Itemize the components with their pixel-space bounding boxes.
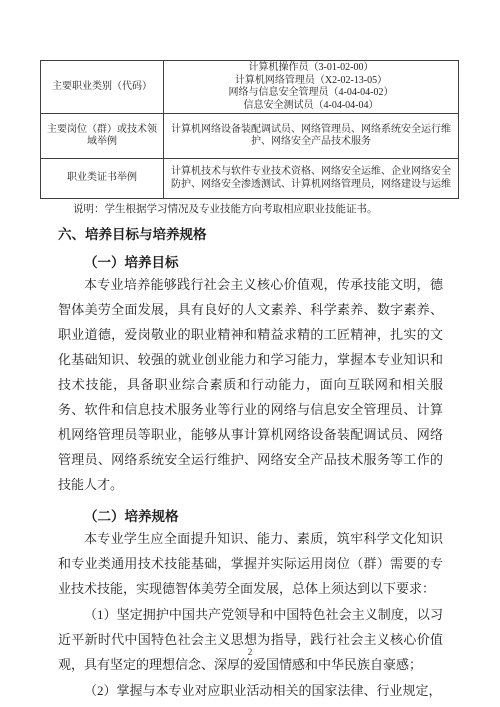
subsection-heading-training-specifications: （二）培养规格 — [84, 508, 459, 525]
occupation-line-2: 计算机网络管理员（X2-02-13-05） — [169, 75, 453, 88]
table-row-certificates: 职业类证书举例 计算机技术与软件专业技术资格、网络安全运维、企业网络安全防护、网… — [41, 159, 459, 199]
document-page: 主要职业类别（代码） 计算机操作员（3-01-02-00） 计算机网络管理员（X… — [0, 0, 500, 707]
paragraph-requirement-1: （1）坚定拥护中国共产党领导和中国特色社会主义制度，以习近平新时代中国特色社会主… — [58, 602, 443, 677]
row-label-occupation-categories: 主要职业类别（代码） — [41, 61, 164, 114]
subsection-heading-training-objectives: （一）培养目标 — [84, 254, 459, 271]
paragraph-training-objectives: 本专业培养能够践行社会主义核心价值观，传承技能文明，德智体美劳全面发展，具有良好… — [58, 272, 443, 497]
table-note: 说明：学生根据学习情况及专业技能方向考取相应职业技能证书。 — [73, 203, 459, 216]
row-label-certificates: 职业类证书举例 — [41, 159, 164, 199]
occupation-line-4: 信息安全测试员（4-04-04-04） — [169, 100, 453, 113]
paragraph-requirement-2: （2）掌握与本专业对应职业活动相关的国家法律、行业规定， — [58, 678, 443, 703]
page-number: 2 — [0, 648, 500, 658]
table-row-occupation-categories: 主要职业类别（代码） 计算机操作员（3-01-02-00） 计算机网络管理员（X… — [41, 61, 459, 114]
row-label-main-positions: 主要岗位（群）或技术领域举例 — [41, 114, 164, 159]
paragraph-training-specifications-intro: 本专业学生应全面提升知识、能力、素质，筑牢科学文化知识和专业类通用技术技能基础，… — [58, 526, 443, 601]
section-heading-6: 六、培养目标与培养规格 — [58, 226, 459, 243]
table-row-main-positions: 主要岗位（群）或技术领域举例 计算机网络设备装配调试员、网络管理员、网络系统安全… — [41, 114, 459, 159]
occupation-line-3: 网络与信息安全管理员（4-04-04-02） — [169, 87, 453, 100]
row-content-occupation-categories: 计算机操作员（3-01-02-00） 计算机网络管理员（X2-02-13-05）… — [164, 61, 459, 114]
row-content-certificates: 计算机技术与软件专业技术资格、网络安全运维、企业网络安全防护、网络安全渗透测试、… — [164, 159, 459, 199]
occupation-info-table: 主要职业类别（代码） 计算机操作员（3-01-02-00） 计算机网络管理员（X… — [40, 60, 459, 199]
occupation-line-1: 计算机操作员（3-01-02-00） — [169, 62, 453, 75]
row-content-main-positions: 计算机网络设备装配调试员、网络管理员、网络系统安全运行维护、网络安全产品技术服务 — [164, 114, 459, 159]
page-content: 主要职业类别（代码） 计算机操作员（3-01-02-00） 计算机网络管理员（X… — [40, 60, 459, 703]
